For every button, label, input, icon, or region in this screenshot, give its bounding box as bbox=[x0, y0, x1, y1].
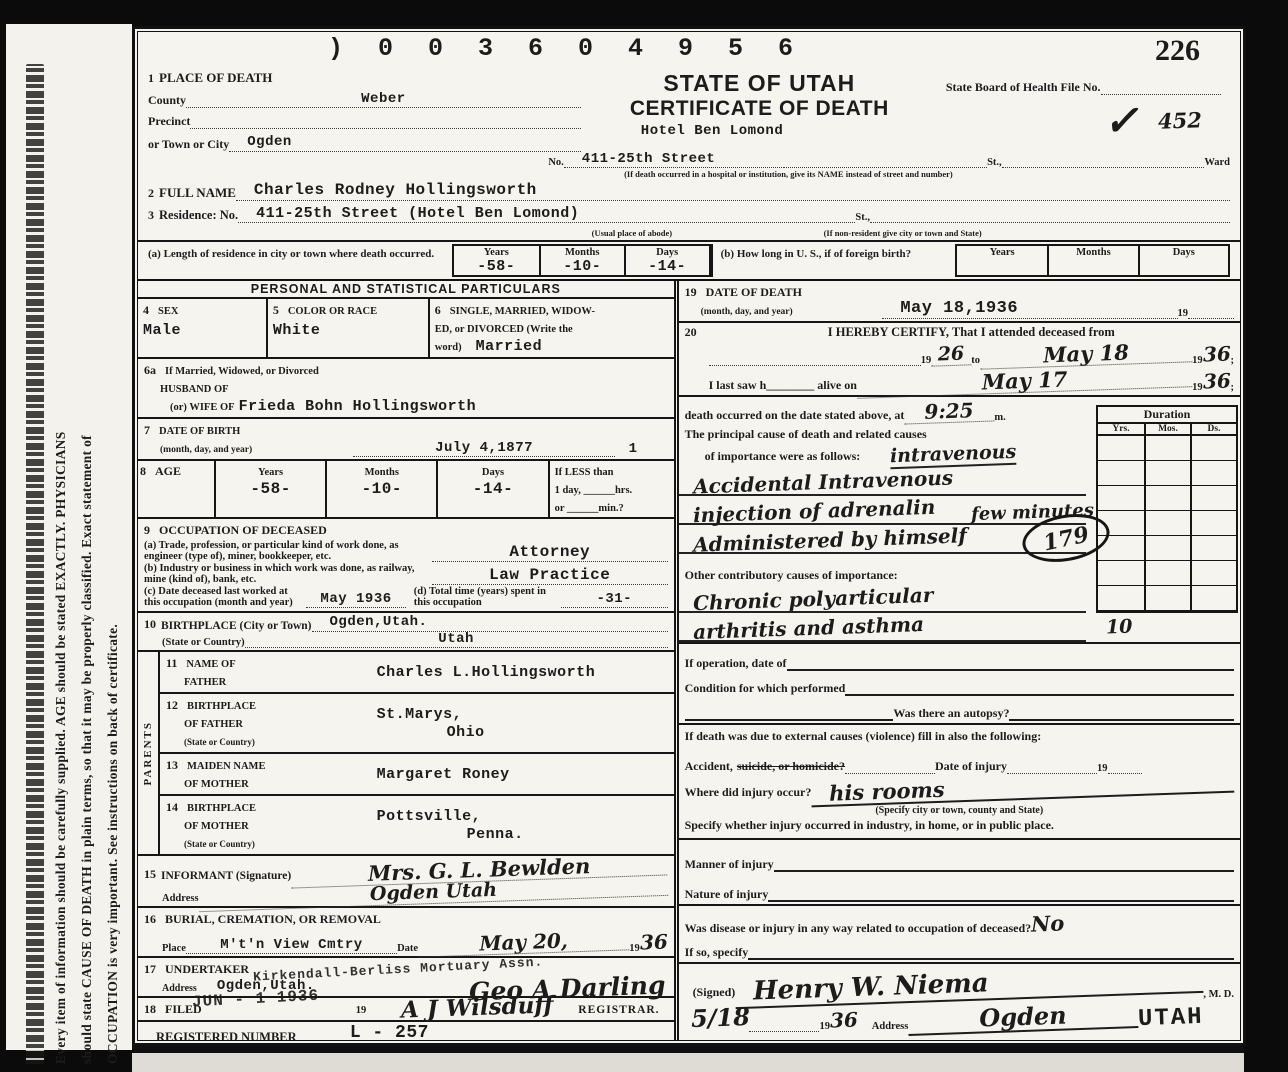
contributory-duration-value: 10 bbox=[1105, 616, 1132, 639]
duration-table: Duration Yrs. Mos. Ds. bbox=[1096, 405, 1238, 613]
dob-label-block: 7 DATE OF BIRTH (month, day, and year) bbox=[144, 421, 353, 457]
field-number: 11 bbox=[166, 656, 177, 670]
st-label: St., bbox=[987, 157, 1002, 168]
occupation-c-block: (c) Date deceased last worked at this oc… bbox=[144, 586, 406, 608]
to-label: to bbox=[971, 355, 980, 366]
condition-line: Condition for which performed bbox=[685, 671, 1234, 696]
contributory-handwritten-1: Chronic polyarticular bbox=[692, 583, 933, 615]
marital-label-line2: ED, or DIVORCED (Write the bbox=[435, 324, 573, 335]
duration-row bbox=[1098, 586, 1236, 611]
residence-line: 3 Residence: No. 411-25th Street (Hotel … bbox=[148, 206, 1230, 224]
marital-value: Married bbox=[476, 338, 543, 355]
father-label-block: 11 NAME OF FATHER bbox=[166, 654, 377, 690]
father-birthplace-row: 12 BIRTHPLACE OF FATHER (State or Countr… bbox=[160, 694, 674, 754]
parents-rows: 11 NAME OF FATHER Charles L.Hollingswort… bbox=[160, 652, 674, 854]
place-of-death-block: 1 PLACE OF DEATH County Weber Precinct o… bbox=[148, 70, 581, 154]
occupation-d-label: (d) Total time (years) spent in this occ… bbox=[414, 586, 561, 608]
field-number: 13 bbox=[166, 758, 178, 772]
field-number: 18 bbox=[144, 1002, 156, 1016]
spouse-row: 6a If Married, Widowed, or Divorced HUSB… bbox=[138, 359, 674, 419]
specify-label: Specify whether injury occurred in indus… bbox=[685, 818, 1054, 832]
hospital-note: (If death occurred in a hospital or inst… bbox=[148, 169, 1230, 179]
autopsy-label: Was there an autopsy? bbox=[893, 706, 1009, 721]
us-days-value bbox=[1138, 267, 1228, 276]
county-line: County Weber bbox=[148, 92, 581, 108]
cause-handwritten-3: Administered by himself bbox=[692, 523, 967, 557]
certificate-columns: PERSONAL AND STATISTICAL PARTICULARS 4 S… bbox=[138, 281, 1240, 1040]
street-address-line: No. 411-25th Street St., Ward bbox=[148, 152, 1230, 168]
dod-year-fill bbox=[1188, 318, 1234, 319]
page-number: 226 bbox=[1155, 34, 1200, 68]
mother-bp-values: Pottsville, Penna. bbox=[377, 807, 668, 843]
place-of-death-title: 1 PLACE OF DEATH bbox=[148, 70, 581, 86]
years-header: Years bbox=[957, 246, 1047, 267]
burial-place-label: Place bbox=[162, 943, 186, 954]
specify-line: Specify whether injury occurred in indus… bbox=[685, 816, 1234, 836]
ifso-fill bbox=[748, 958, 1234, 960]
signed-address-label: Address bbox=[872, 1021, 909, 1032]
nature-line: Nature of injury bbox=[685, 872, 1234, 902]
external-label: If death was due to external causes (vio… bbox=[685, 729, 1042, 743]
sex-cell: 4 SEX Male bbox=[138, 299, 268, 357]
sidebar-paper-strip: Every item of information should be care… bbox=[6, 24, 132, 1050]
occupation-row: 9 OCCUPATION OF DECEASED (a) Trade, prof… bbox=[138, 519, 674, 613]
header-grid: 1 PLACE OF DEATH County Weber Precinct o… bbox=[148, 70, 1230, 154]
field-number: 2 bbox=[148, 186, 154, 201]
field-number: 17 bbox=[144, 962, 156, 976]
autopsy-pre-fill bbox=[685, 719, 894, 721]
residence-fill bbox=[870, 222, 1230, 223]
color-race-label: COLOR OR RACE bbox=[288, 306, 377, 317]
full-name-line: 2 FULL NAME Charles Rodney Hollingsworth bbox=[148, 182, 1230, 201]
death-certificate: ) 0 0 3 6 0 4 9 5 6 226 1 PLACE OF DEATH… bbox=[132, 26, 1246, 1046]
state-title: STATE OF UTAH bbox=[581, 70, 938, 97]
dod-year-pre: 19 bbox=[1178, 308, 1189, 319]
spouse-condition-label: If Married, Widowed, or Divorced bbox=[165, 366, 319, 377]
occupation-a-label: (a) Trade, profession, or particular kin… bbox=[144, 540, 432, 562]
manner-of-injury-label: Manner of injury bbox=[685, 857, 774, 872]
operation-label: If operation, date of bbox=[685, 656, 787, 671]
informant-label: INFORMANT (Signature) bbox=[161, 870, 291, 882]
file-number-label: State Board of Health File No. bbox=[946, 80, 1101, 95]
md-label: , M. D. bbox=[1203, 989, 1234, 1000]
specify-note-line: (Specify city or town, county and State) bbox=[685, 800, 1234, 816]
father-name-typed: Charles L.Hollingsworth bbox=[377, 664, 668, 681]
contributory-handwritten-2: arthritis and asthma bbox=[692, 612, 924, 644]
occupation-c-typed: May 1936 bbox=[306, 592, 405, 608]
us-length-table: Years Months Days bbox=[955, 244, 1230, 277]
dod-label: DATE OF DEATH bbox=[706, 285, 802, 299]
manner-fill bbox=[774, 870, 1234, 872]
how-long-in-us-block: (b) How long in U. S., if of foreign bir… bbox=[711, 244, 1230, 277]
field-number: 20 bbox=[685, 325, 697, 340]
mother-name-row: 13 MAIDEN NAME OF MOTHER Margaret Roney bbox=[160, 754, 674, 796]
where-injury-line: Where did injury occur? his rooms bbox=[685, 774, 1234, 800]
birthplace-state-label: (State or Country) bbox=[162, 637, 245, 648]
burial-year-handwritten: 36 bbox=[639, 930, 668, 955]
mother-label-1: MAIDEN NAME bbox=[187, 761, 265, 772]
contributory-line-2: arthritis and asthma bbox=[679, 613, 1086, 642]
residence-st-label: St., bbox=[855, 212, 870, 223]
birthplace-city-typed: Ogden,Utah. bbox=[312, 615, 668, 631]
utah-stamp: UTAH bbox=[1138, 1004, 1205, 1033]
mother-bp-city-typed: Pottsville, bbox=[377, 808, 482, 825]
personal-particulars-column: PERSONAL AND STATISTICAL PARTICULARS 4 S… bbox=[138, 281, 679, 1040]
father-bp-city-typed: St.Marys, bbox=[377, 706, 463, 723]
last-saw-label: I last saw h________ alive on bbox=[709, 378, 857, 393]
certificate-header: ) 0 0 3 6 0 4 9 5 6 226 1 PLACE OF DEATH… bbox=[138, 32, 1240, 281]
duration-yrs-header: Yrs. bbox=[1098, 424, 1144, 436]
field-number: 6 bbox=[435, 303, 441, 317]
check-mark: ✓ bbox=[1101, 96, 1147, 146]
certificate-title: CERTIFICATE OF DEATH bbox=[581, 97, 938, 121]
mother-label-2: OF MOTHER bbox=[184, 779, 249, 790]
operation-block: If operation, date of Condition for whic… bbox=[679, 642, 1240, 725]
how-long-us-label: (b) How long in U. S., if of foreign bir… bbox=[721, 244, 955, 277]
age-label-cell: 8 AGE bbox=[138, 461, 214, 517]
signed-year-pre: 19 bbox=[819, 1021, 830, 1032]
field-number: 1 bbox=[148, 71, 154, 86]
duration-mos-header: Mos. bbox=[1144, 424, 1190, 436]
cause-handwritten-2: injection of adrenalin bbox=[692, 495, 935, 527]
age-days-cell: Days -14- bbox=[436, 461, 547, 517]
duration-row bbox=[1098, 511, 1236, 536]
signed-date-handwritten: 5/18 bbox=[690, 1002, 750, 1033]
county-label: County bbox=[148, 93, 186, 108]
town-field: Ogden bbox=[229, 135, 581, 151]
autopsy-fill bbox=[1009, 719, 1234, 721]
nature-fill bbox=[768, 900, 1234, 902]
length-of-residence-block: (a) Length of residence in city or town … bbox=[148, 244, 711, 277]
duration-subheaders: Yrs. Mos. Ds. bbox=[1098, 424, 1236, 436]
field-number: 8 bbox=[140, 464, 146, 478]
dob-typed: July 4,1877 bbox=[353, 441, 614, 457]
burial-year-pre: 19 bbox=[629, 943, 640, 954]
precinct-field bbox=[190, 128, 580, 129]
father-bp-label-2: OF FATHER bbox=[184, 719, 243, 730]
informant-address-line: Address Ogden Utah bbox=[144, 882, 668, 904]
registered-number-value: L - 257 bbox=[297, 1024, 482, 1040]
field-number: 6a bbox=[144, 363, 156, 377]
less-line3: or ______min.? bbox=[555, 503, 624, 514]
residence-typed: 411-25th Street (Hotel Ben Lomond) bbox=[238, 206, 855, 224]
certify-statement: I HEREBY CERTIFY, That I attended deceas… bbox=[709, 325, 1234, 340]
condition-fill bbox=[845, 694, 1234, 696]
specify-city-note: (Specify city or town, county and State) bbox=[875, 805, 1043, 816]
dob-note: (month, day, and year) bbox=[160, 445, 252, 455]
manner-line: Manner of injury bbox=[685, 842, 1234, 872]
field-number: 3 bbox=[148, 208, 154, 223]
field-number: 4 bbox=[143, 303, 149, 317]
sidebar-instruction-line-2: should state CAUSE OF DEATH in plain ter… bbox=[74, 64, 100, 1064]
occupation-label: OCCUPATION OF DECEASED bbox=[159, 523, 327, 537]
occupation-related-block: Was disease or injury in any way related… bbox=[679, 906, 1240, 964]
suicide-homicide-label-struck: suicide, or homicide? bbox=[737, 759, 845, 774]
external-causes-block: If death was due to external causes (vio… bbox=[679, 725, 1240, 840]
signature-block: (Signed) Henry W. Niema , M. D. 5/18 19 … bbox=[679, 964, 1240, 1034]
signed-date-fill bbox=[749, 1031, 819, 1032]
file-number-block: State Board of Health File No. ✓ 452 bbox=[938, 70, 1230, 154]
less-line2: 1 day, ______hrs. bbox=[555, 485, 633, 496]
ward-fill bbox=[1002, 167, 1205, 168]
sex-color-marital-row: 4 SEX Male 5 COLOR OR RACE White 6 SINGL… bbox=[138, 299, 674, 359]
serial-stamp-number: ) 0 0 3 6 0 4 9 5 6 bbox=[328, 34, 796, 63]
operation-line: If operation, date of bbox=[685, 646, 1234, 671]
from-year-pre: 19 bbox=[921, 355, 932, 366]
us-years-value bbox=[957, 267, 1047, 276]
full-name-label: FULL NAME bbox=[159, 185, 236, 201]
contributory-label: Other contributory causes of importance: bbox=[685, 568, 898, 582]
age-months-cell: Months -10- bbox=[325, 461, 436, 517]
duration-row bbox=[1098, 486, 1236, 511]
days-header: Days bbox=[624, 246, 709, 258]
cause-line-2: injection of adrenalin few minutes bbox=[679, 496, 1086, 525]
parents-block: PARENTS 11 NAME OF FATHER Charles L.Holl… bbox=[138, 652, 674, 856]
registrar-signature: A J Wilsduff bbox=[401, 991, 554, 1023]
abode-notes-line: (Usual place of abode) (If non-resident … bbox=[148, 228, 1230, 238]
scan-bottom-edge bbox=[132, 1046, 1244, 1072]
duration-row bbox=[1098, 436, 1236, 461]
field-number: 12 bbox=[166, 698, 178, 712]
husband-of-label: HUSBAND OF bbox=[160, 384, 229, 395]
cause-of-death-area: death occurred on the date stated above,… bbox=[679, 397, 1240, 642]
burial-date-handwritten: May 20, bbox=[418, 927, 630, 957]
age-label: AGE bbox=[155, 464, 181, 478]
related-line: Was disease or injury in any way related… bbox=[685, 908, 1234, 936]
occupation-c-label: (c) Date deceased last worked at this oc… bbox=[144, 586, 306, 608]
registered-number-row: REGISTERED NUMBER L - 257 bbox=[138, 1022, 674, 1040]
age-row: 8 AGE Years -58- Months -10- Days -14- bbox=[138, 461, 674, 519]
dob-stray-digit: 1 bbox=[629, 441, 638, 457]
town-line: or Town or City Ogden bbox=[148, 135, 581, 151]
occupation-b-line: (b) Industry or business in which work w… bbox=[144, 563, 668, 585]
occupation-d-block: (d) Total time (years) spent in this occ… bbox=[406, 586, 668, 608]
file-number-line: State Board of Health File No. bbox=[946, 80, 1230, 95]
sex-value: Male bbox=[143, 322, 261, 339]
date-of-death-row: 19 DATE OF DEATH (month, day, and year) … bbox=[679, 281, 1240, 323]
accident-label: Accident, bbox=[685, 759, 733, 774]
town-or-city-label: or Town or City bbox=[148, 137, 229, 152]
marital-label-line3: word) bbox=[435, 342, 462, 353]
nonresident-note: (If non-resident give city or town and S… bbox=[824, 228, 982, 238]
death-occurred-label: death occurred on the date stated above,… bbox=[685, 408, 905, 423]
registered-number-label: REGISTERED NUMBER bbox=[156, 1030, 297, 1040]
parents-rail: PARENTS bbox=[138, 652, 160, 854]
precinct-label: Precinct bbox=[148, 114, 190, 129]
mother-bp-label-2: OF MOTHER bbox=[184, 821, 249, 832]
residence-months-value: -10- bbox=[539, 258, 624, 275]
length-of-residence-label: (a) Length of residence in city or town … bbox=[148, 244, 452, 277]
sex-label: SEX bbox=[158, 306, 178, 317]
precinct-line: Precinct bbox=[148, 114, 581, 129]
last-saw-line: I last saw h________ alive on May 17 19 … bbox=[709, 366, 1234, 393]
months-header: Months bbox=[1047, 246, 1137, 267]
cause-line-1: Accidental Intravenous bbox=[679, 467, 1086, 496]
dob-label: DATE OF BIRTH bbox=[159, 426, 240, 437]
informant-row: 15 INFORMANT (Signature) Mrs. G. L. Bewl… bbox=[138, 856, 674, 908]
occupation-b-label: (b) Industry or business in which work w… bbox=[144, 563, 432, 585]
duration-row bbox=[1098, 461, 1236, 486]
father-bp-label-1: BIRTHPLACE bbox=[187, 701, 256, 712]
less-line1: If LESS than bbox=[555, 467, 614, 478]
residence-label: Residence: No. bbox=[159, 208, 238, 223]
mother-bp-label-block: 14 BIRTHPLACE OF MOTHER (State or Countr… bbox=[166, 798, 377, 852]
father-bp-label-block: 12 BIRTHPLACE OF FATHER (State or Countr… bbox=[166, 696, 377, 750]
mother-birthplace-row: 14 BIRTHPLACE OF MOTHER (State or Countr… bbox=[160, 796, 674, 854]
lastsaw-year-handwritten: 36 bbox=[1202, 369, 1231, 394]
color-race-value: White bbox=[273, 322, 423, 339]
mother-label-block: 13 MAIDEN NAME OF MOTHER bbox=[166, 756, 377, 792]
county-field: Weber bbox=[186, 92, 581, 108]
marital-label-line1: SINGLE, MARRIED, WIDOW- bbox=[450, 306, 595, 317]
residence-days-value: -14- bbox=[624, 258, 709, 275]
last-saw-date-handwritten: May 17 bbox=[857, 363, 1193, 399]
sidebar-rotated-text: Every item of information should be care… bbox=[24, 64, 126, 1064]
age-days-header: Days bbox=[482, 467, 504, 478]
certification-block: 20 I HEREBY CERTIFY, That I attended dec… bbox=[679, 323, 1240, 397]
occupation-b-typed: Law Practice bbox=[432, 567, 668, 586]
m-label: m. bbox=[994, 412, 1005, 423]
residence-years-value: -58- bbox=[454, 258, 539, 275]
mother-name-typed: Margaret Roney bbox=[377, 766, 668, 783]
dod-note: (month, day, and year) bbox=[701, 307, 793, 317]
birthplace-label: BIRTHPLACE (City or Town) bbox=[161, 620, 312, 632]
burial-place-typed: M't'n View Cmtry bbox=[186, 938, 397, 954]
father-name-row: 11 NAME OF FATHER Charles L.Hollingswort… bbox=[160, 652, 674, 694]
father-bp-values: St.Marys, Ohio bbox=[377, 705, 668, 741]
personal-section-title: PERSONAL AND STATISTICAL PARTICULARS bbox=[138, 281, 674, 299]
signed-address-handwritten: Ogden bbox=[908, 1000, 1139, 1036]
burial-date-label: Date bbox=[397, 943, 418, 954]
mother-bp-label-3: (State or Country) bbox=[184, 839, 255, 849]
full-name-typed: Charles Rodney Hollingsworth bbox=[236, 182, 1230, 201]
time-of-death-handwritten: 9:25 bbox=[904, 399, 995, 425]
operation-fill bbox=[787, 669, 1234, 671]
dod-typed: May 18,1936 bbox=[882, 300, 1177, 320]
undertaker-label: UNDERTAKER bbox=[165, 962, 249, 976]
hotel-name-typed: Hotel Ben Lomond bbox=[581, 123, 938, 139]
occupation-cd-line: (c) Date deceased last worked at this oc… bbox=[144, 586, 668, 608]
related-answer-handwritten: No bbox=[1031, 911, 1065, 937]
birthplace-state-typed: Utah bbox=[245, 632, 668, 648]
cause-handwritten-0: intravenous bbox=[890, 441, 1017, 469]
us-months-value bbox=[1047, 267, 1137, 276]
father-bp-label-3: (State or Country) bbox=[184, 737, 255, 747]
abode-note: (Usual place of abode) bbox=[592, 228, 673, 238]
attended-from-line: 19 26 to May 18 19 36 ; bbox=[709, 340, 1234, 366]
months-header: Months bbox=[539, 246, 624, 258]
father-label-1: NAME OF bbox=[186, 659, 235, 670]
burial-row: 16 BURIAL, CREMATION, OR REMOVAL Place M… bbox=[138, 908, 674, 958]
street-fill bbox=[784, 167, 987, 168]
cause-code-handwritten: 179 bbox=[1041, 522, 1091, 557]
burial-label: BURIAL, CREMATION, OR REMOVAL bbox=[165, 912, 381, 926]
field-number: 10 bbox=[144, 617, 156, 632]
from-handwritten: 26 bbox=[931, 344, 972, 367]
father-bp-state-typed: Ohio bbox=[447, 724, 485, 741]
contributory-line-1: Chronic polyarticular bbox=[679, 584, 1086, 613]
duration-row bbox=[1098, 536, 1236, 561]
residence-length-table: Years Months Days -58- -10- -14- bbox=[452, 244, 711, 277]
nature-of-injury-label: Nature of injury bbox=[685, 887, 769, 902]
certificate-inner-border: ) 0 0 3 6 0 4 9 5 6 226 1 PLACE OF DEATH… bbox=[137, 31, 1241, 1041]
accident-fill bbox=[845, 773, 935, 774]
residence-length-row: (a) Length of residence in city or town … bbox=[138, 240, 1240, 279]
occupation-a-typed: Attorney bbox=[432, 544, 668, 563]
external-label-line: If death was due to external causes (vio… bbox=[685, 727, 1234, 749]
sidebar-instruction-line-1: Every item of information should be care… bbox=[48, 64, 74, 1064]
condition-label: Condition for which performed bbox=[685, 681, 846, 696]
ward-label: Ward bbox=[1204, 157, 1230, 168]
marital-status-cell: 6 SINGLE, MARRIED, WIDOW- ED, or DIVORCE… bbox=[430, 299, 674, 357]
age-grid: 8 AGE Years -58- Months -10- Days -14- bbox=[138, 461, 674, 517]
filed-year-pre: 19 bbox=[356, 1005, 367, 1016]
parents-vertical-label: PARENTS bbox=[142, 721, 154, 786]
field-number: 5 bbox=[273, 303, 279, 317]
years-header: Years bbox=[454, 246, 539, 258]
if-so-specify-label: If so, specify bbox=[685, 945, 749, 960]
where-injury-label: Where did injury occur? bbox=[685, 785, 812, 800]
principal-cause-line2: of importance were as follows: bbox=[705, 449, 861, 463]
place-of-death-label: PLACE OF DEATH bbox=[159, 70, 272, 86]
field-number: 9 bbox=[144, 523, 150, 537]
field-number: 7 bbox=[144, 423, 150, 437]
if-less-than-cell: If LESS than 1 day, ______hrs. or ______… bbox=[548, 461, 674, 517]
from-fill bbox=[709, 365, 921, 366]
medical-certificate-column: 19 DATE OF DEATH (month, day, and year) … bbox=[679, 281, 1240, 1040]
date-of-injury-label: Date of injury bbox=[935, 759, 1007, 774]
registrar-label: REGISTRAR. bbox=[578, 1004, 659, 1016]
print-through-smudge bbox=[26, 64, 44, 1064]
age-years-header: Years bbox=[258, 467, 283, 478]
field-number: 15 bbox=[144, 867, 156, 882]
age-years-value: -58- bbox=[250, 480, 290, 498]
if-so-line: If so, specify bbox=[685, 936, 1234, 960]
sidebar-instruction-line-3: OCCUPATION is very important. See instru… bbox=[100, 64, 126, 1064]
birthplace-city-line: 10 BIRTHPLACE (City or Town) Ogden,Utah. bbox=[144, 615, 668, 631]
mother-bp-state-typed: Penna. bbox=[467, 826, 524, 843]
age-months-value: -10- bbox=[362, 480, 402, 498]
birthplace-state-line: (State or Country) Utah bbox=[144, 632, 668, 648]
to-year-handwritten: 36 bbox=[1202, 342, 1231, 367]
no-label: No. bbox=[548, 157, 563, 168]
color-race-cell: 5 COLOR OR RACE White bbox=[268, 299, 430, 357]
lastsaw-year-pre: 19 bbox=[1192, 382, 1203, 393]
duration-ds-header: Ds. bbox=[1190, 424, 1236, 436]
field-number: 19 bbox=[685, 285, 697, 299]
to-year-pre: 19 bbox=[1192, 355, 1203, 366]
principal-cause-line1: The principal cause of death and related… bbox=[685, 427, 927, 441]
birthplace-row: 10 BIRTHPLACE (City or Town) Ogden,Utah.… bbox=[138, 613, 674, 652]
file-number-field bbox=[1101, 94, 1221, 95]
burial-place-line: Place M't'n View Cmtry Date May 20, 19 3… bbox=[144, 930, 668, 954]
age-years-cell: Years -58- bbox=[214, 461, 325, 517]
file-number-handwritten: 452 bbox=[1158, 107, 1203, 134]
signed-label: (Signed) bbox=[693, 985, 736, 1000]
age-days-value: -14- bbox=[473, 480, 513, 498]
manner-nature-block: Manner of injury Nature of injury bbox=[679, 840, 1240, 906]
stamp-number-row: ) 0 0 3 6 0 4 9 5 6 226 bbox=[148, 34, 1230, 70]
occupation-d-typed: -31- bbox=[561, 592, 668, 608]
field-number: 16 bbox=[144, 912, 156, 926]
wife-of-label: (or) WIFE OF bbox=[170, 402, 235, 413]
informant-address-label: Address bbox=[162, 893, 199, 904]
filed-row: 18 FILED JUN - 1 1936 19 A J Wilsduff RE… bbox=[138, 998, 674, 1022]
title-block: STATE OF UTAH CERTIFICATE OF DEATH Hotel… bbox=[581, 70, 938, 154]
autopsy-line: Was there an autopsy? bbox=[685, 696, 1234, 721]
dod-label-block: 19 DATE OF DEATH (month, day, and year) bbox=[685, 283, 883, 319]
signed-line: (Signed) Henry W. Niema , M. D. bbox=[685, 966, 1234, 1000]
